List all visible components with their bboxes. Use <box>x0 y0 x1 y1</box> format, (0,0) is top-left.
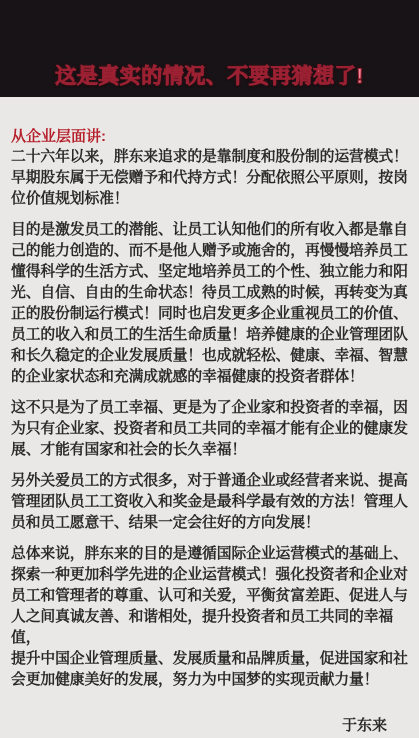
paragraph-company-model: 二十六年以来，胖东来追求的是靠制度和股份制的运营模式！ 早期股东属于无偿赠予和代… <box>11 147 408 210</box>
article-body: 从企业层面讲: 二十六年以来，胖东来追求的是靠制度和股份制的运营模式！ 早期股东… <box>0 97 419 736</box>
signature: 于东来 <box>11 715 408 736</box>
banner-title: 这是真实的情况、不要再猜想了! <box>55 64 364 90</box>
banner: 这是真实的情况、不要再猜想了! <box>0 0 419 97</box>
paragraph-happiness: 这不只是为了员工幸福、更是为了企业家和投资者的幸福，因 为只有企业家、投资者和员… <box>11 398 408 461</box>
section-heading: 从企业层面讲: <box>11 126 408 147</box>
paragraph-summary: 总体来说，胖东来的目的是遵循国际企业运营模式的基础上、 探索一种更加科学先进的企… <box>11 544 408 691</box>
announcement-image: 这是真实的情况、不要再猜想了! 从企业层面讲: 二十六年以来，胖东来追求的是靠制… <box>0 0 419 738</box>
paragraph-care-methods: 另外关爱员工的方式很多，对于普通企业或经营者来说、提高 管理团队员工工资收入和奖… <box>11 471 408 534</box>
paragraph-purpose: 目的是激发员工的潜能、让员工认知他们的所有收入都是靠自 己的能力创造的、而不是他… <box>11 220 408 388</box>
